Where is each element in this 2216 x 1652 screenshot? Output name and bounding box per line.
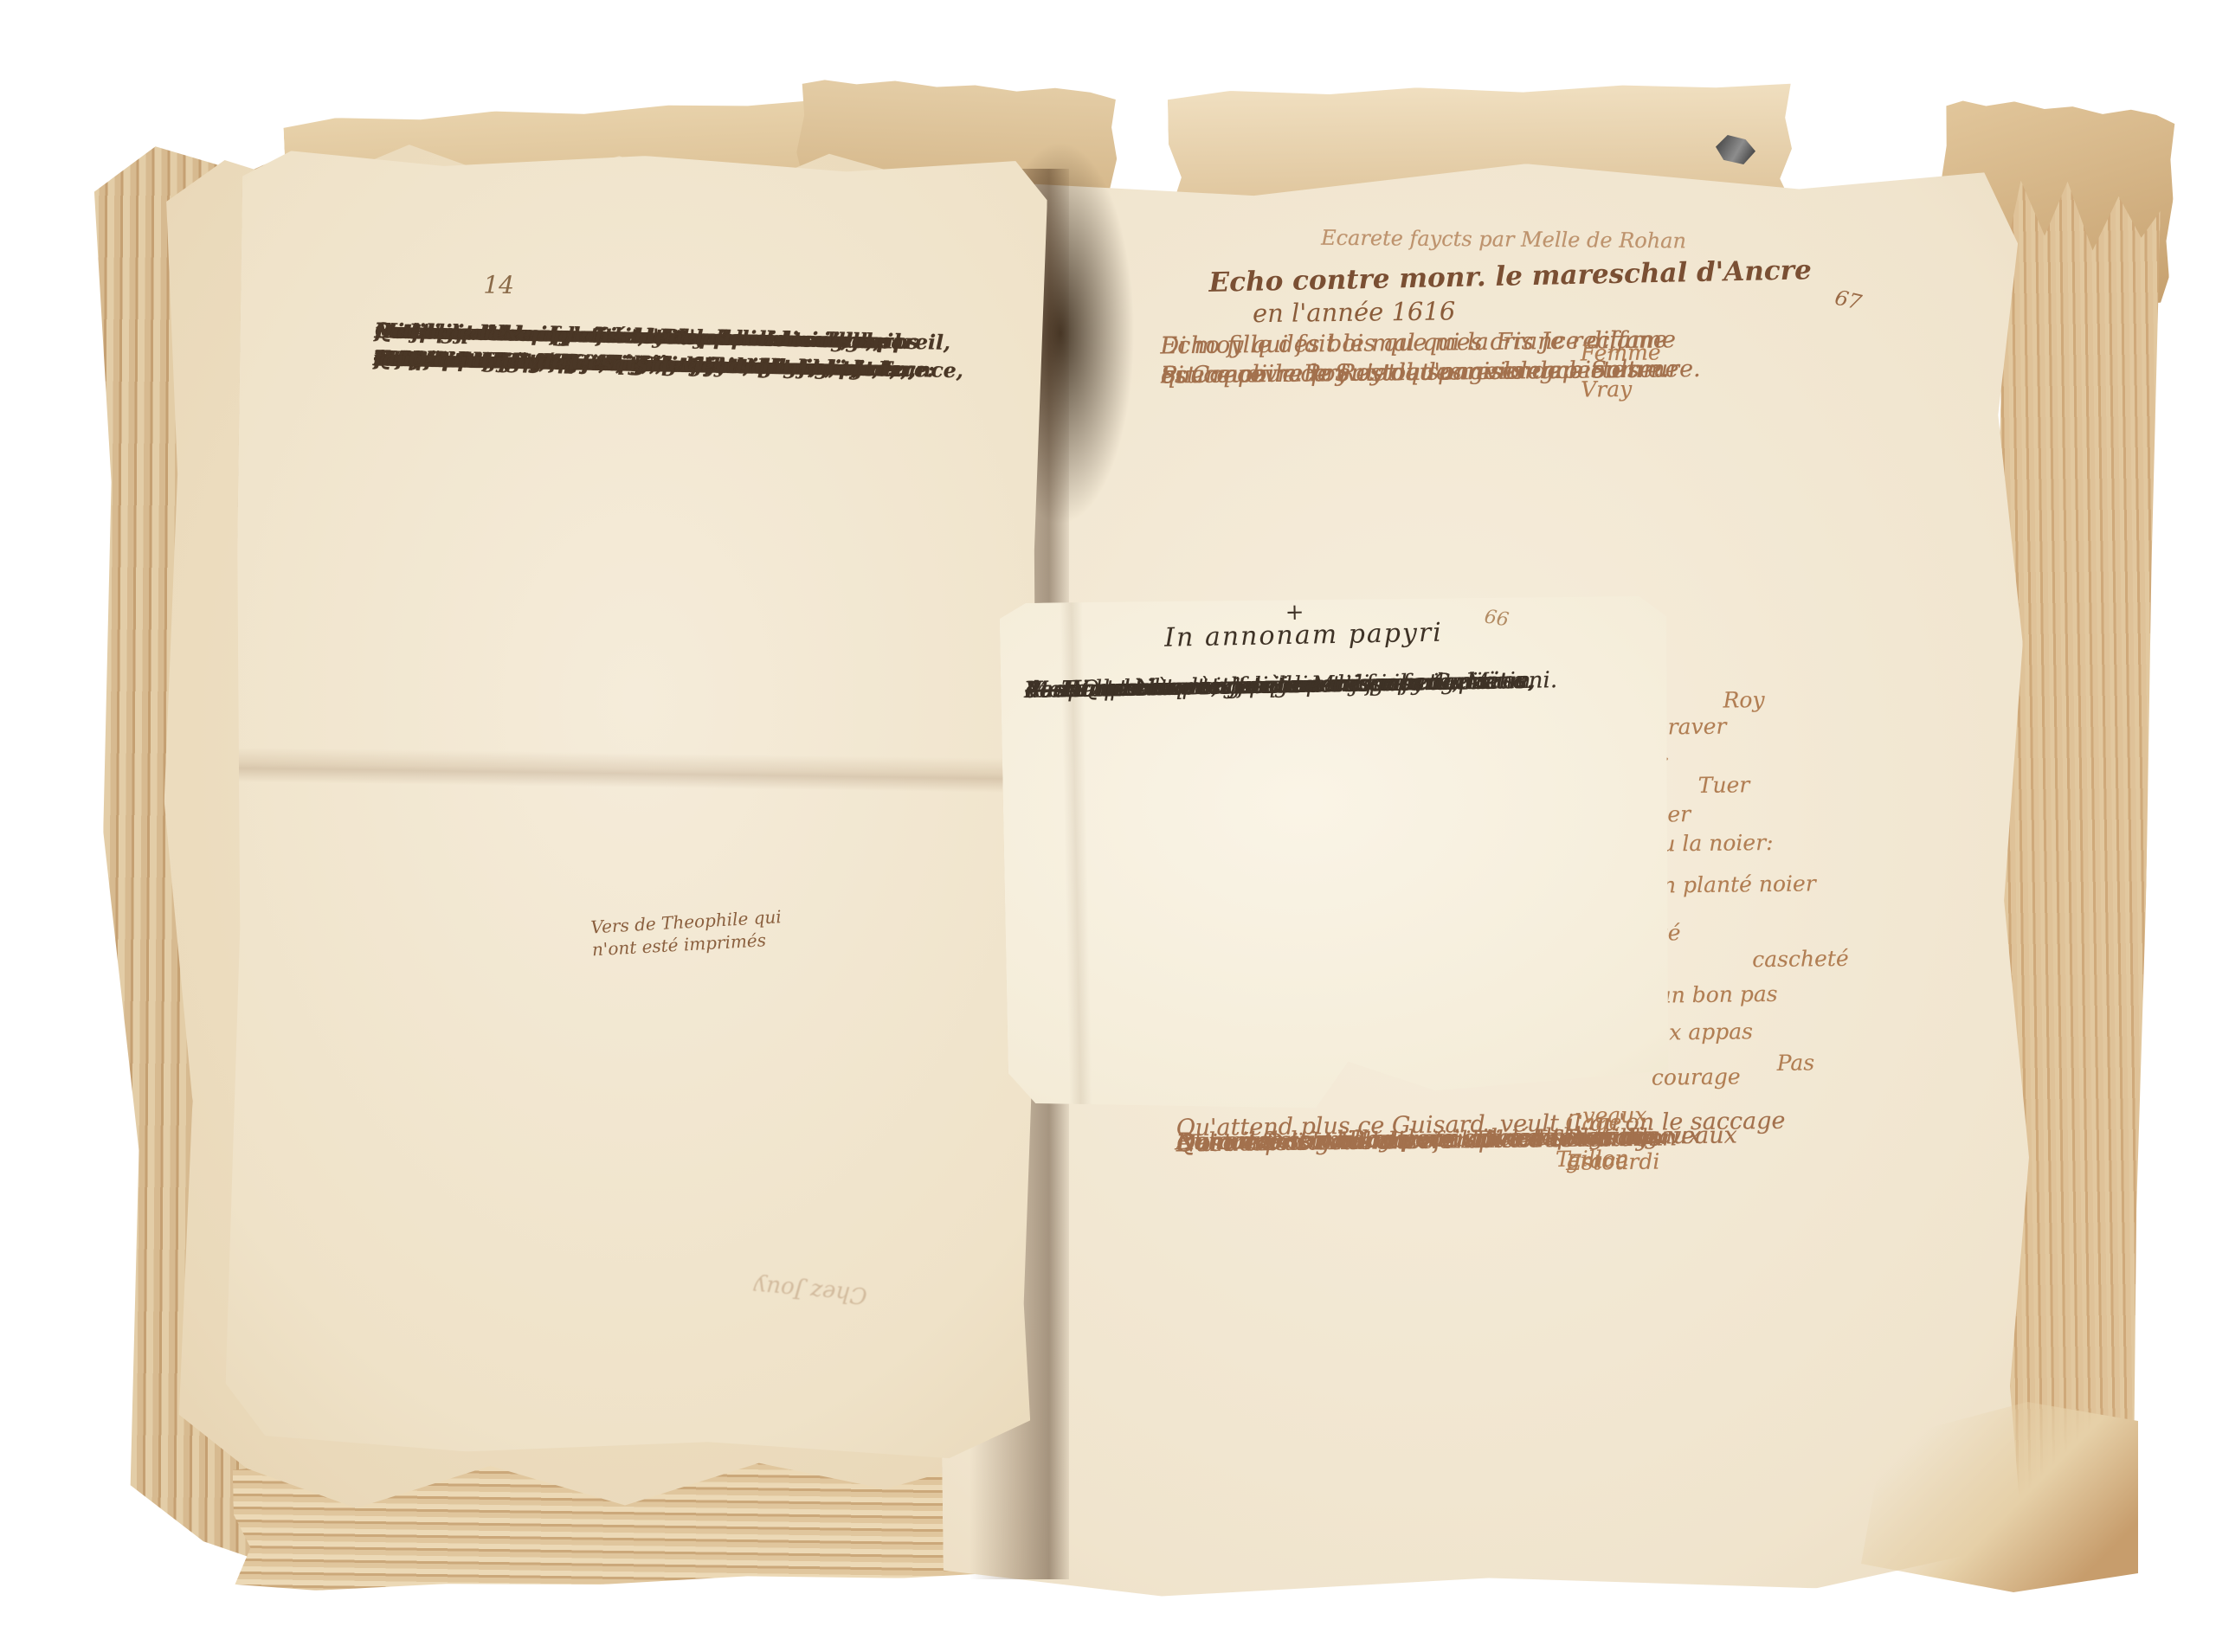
slip-title: In annonam papyri — [1164, 618, 1443, 653]
fable-poem-text: Peres dont le pouvoir a l'Eternel ressem… — [374, 318, 1066, 361]
poem-line: L'une l'exemple les mene a leur divin so… — [409, 319, 1067, 333]
right-page-header-note: Ecarete faycts par Melle de Rohan — [1321, 226, 1944, 255]
latin-epigram-text: Paupertas cum sit fero cunctis iuncta po… — [1025, 660, 1644, 672]
left-page-number: 14 — [483, 270, 514, 299]
inserted-slip: + In annonam papyri 66 Paupertas cum sit… — [999, 591, 1675, 1115]
manuscript-book: NouA mRegi OnCh Ecarete faycts par Melle… — [104, 52, 2112, 1601]
slip-folio-number: 66 — [1483, 606, 1511, 631]
show-through-writing: Chez Jouy — [538, 1255, 868, 1308]
fold-crease — [234, 748, 1039, 794]
folio-number: 67 — [1833, 286, 1864, 315]
marginal-note: Vers de Theophile qui n'ont esté imprimé… — [590, 901, 869, 961]
poem-line: Nam solùm angelicis est dignus is ore ca… — [1061, 660, 1644, 672]
right-page-title: Echo contre monr. le mareschal d'Ancre — [1208, 254, 1812, 299]
echo-margin-word: Estourdi — [1566, 1145, 1660, 1178]
photo-stage: NouA mRegi OnCh Ecarete faycts par Melle… — [0, 0, 2216, 1652]
right-page-subtitle: en l'année 1616 — [1253, 296, 1456, 328]
left-page: 14 Peres dont le pouvoir a l'Eternel res… — [225, 151, 1048, 1460]
